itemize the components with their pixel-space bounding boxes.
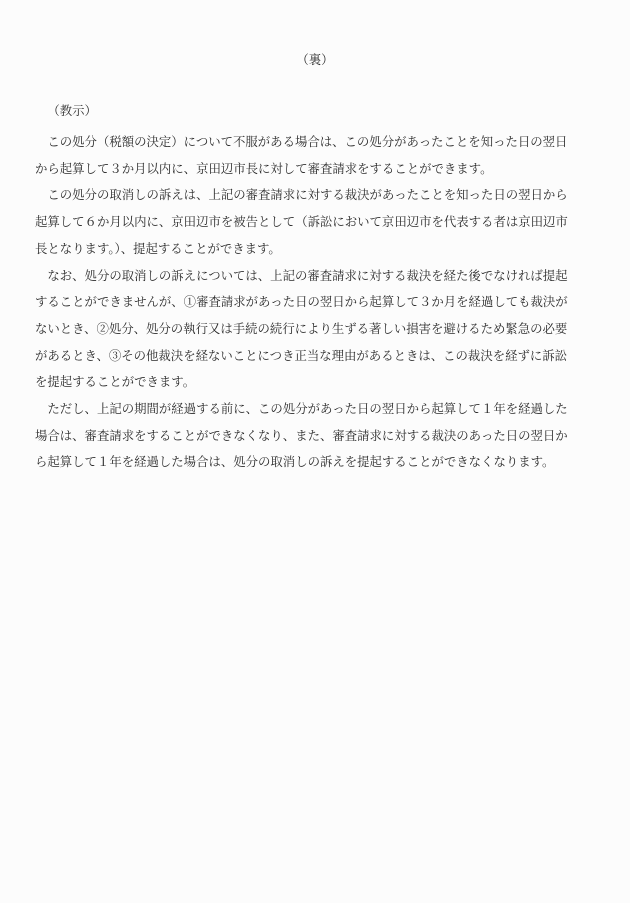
paragraph-time-limits: ただし、上記の期間が経過する前に、この処分があった日の翌日から起算して１年を経過… <box>35 396 567 476</box>
paragraph-exceptions: なお、処分の取消しの訴えについては、上記の審査請求に対する裁決を経た後でなければ… <box>35 263 567 397</box>
kyouji-section-label: （教示） <box>35 98 567 125</box>
text-line: ないとき、②処分、処分の執行又は手続の続行により生ずる著しい損害を避けるため緊急… <box>35 316 567 343</box>
text-line: を提起することができます。 <box>35 369 567 396</box>
document-page: （裏） （教示） この処分（税額の決定）について不服がある場合は、この処分があっ… <box>0 0 630 903</box>
text-line: ただし、上記の期間が経過する前に、この処分があった日の翌日から起算して１年を経過… <box>35 396 567 423</box>
page-side-label: （裏） <box>0 47 630 74</box>
text-line: この処分（税額の決定）について不服がある場合は、この処分があったことを知った日の… <box>35 129 567 156</box>
text-line: なお、処分の取消しの訴えについては、上記の審査請求に対する裁決を経た後でなければ… <box>35 263 567 290</box>
text-line: 長となります。）、提起することができます。 <box>35 236 567 263</box>
text-line: から起算して３か月以内に、京田辺市長に対して審査請求をすることができます。 <box>35 156 567 183</box>
paragraph-appeal-request: この処分（税額の決定）について不服がある場合は、この処分があったことを知った日の… <box>35 129 567 182</box>
text-line: この処分の取消しの訴えは、上記の審査請求に対する裁決があったことを知った日の翌日… <box>35 182 567 209</box>
kyouji-body: この処分（税額の決定）について不服がある場合は、この処分があったことを知った日の… <box>35 129 567 476</box>
text-line: することができませんが、①審査請求があった日の翌日から起算して３か月を経過しても… <box>35 289 567 316</box>
text-line: があるとき、③その他裁決を経ないことにつき正当な理由があるときは、この裁決を経ず… <box>35 343 567 370</box>
text-line: 起算して６か月以内に、京田辺市を被告として（訴訟において京田辺市を代表する者は京… <box>35 209 567 236</box>
paragraph-revocation-suit: この処分の取消しの訴えは、上記の審査請求に対する裁決があったことを知った日の翌日… <box>35 182 567 262</box>
text-line: 場合は、審査請求をすることができなくなり、また、審査請求に対する裁決のあった日の… <box>35 423 567 450</box>
text-line: ら起算して１年を経過した場合は、処分の取消しの訴えを提起することができなくなりま… <box>35 449 567 476</box>
